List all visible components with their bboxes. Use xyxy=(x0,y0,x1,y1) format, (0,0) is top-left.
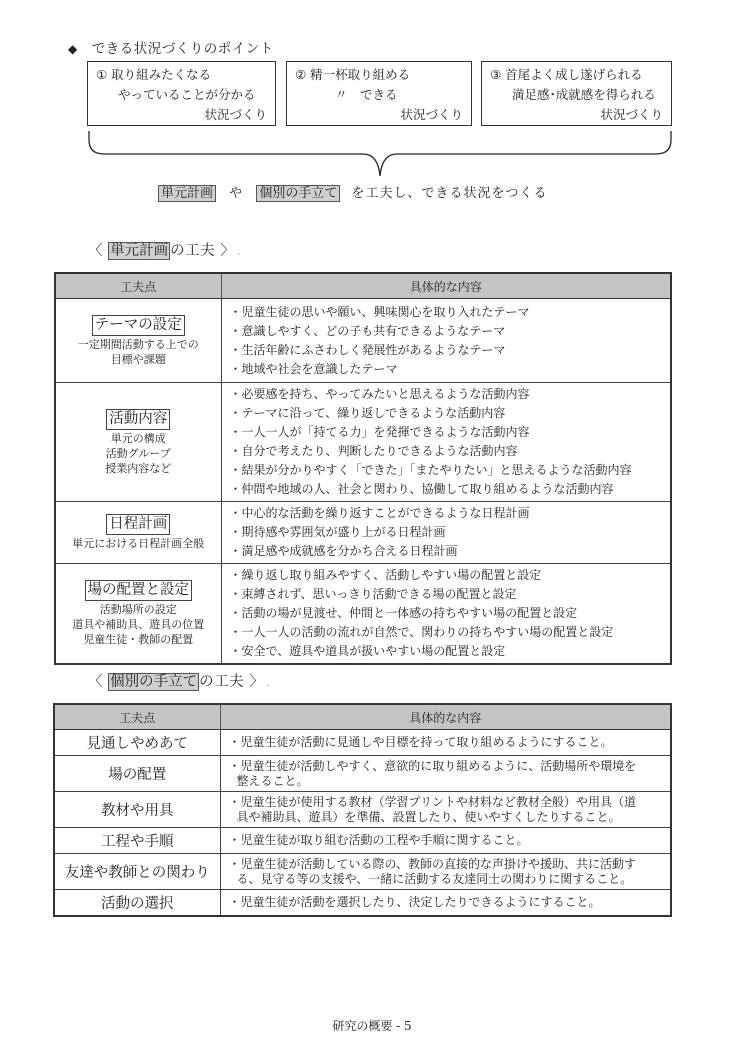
row-main-label: 日程計画 xyxy=(106,514,170,535)
content-item: ・満足感や成就感を分かち合える日程計画 xyxy=(230,542,671,561)
content-item: ・活動の場が見渡せ、仲間と一体感の持ちやすい場の配置と設定 xyxy=(230,604,671,623)
row-content-cell: ・児童生徒が活動を選択したり、決定したりできるようにすること。 xyxy=(220,890,671,916)
row-main-label: テーマの設定 xyxy=(92,315,185,336)
title-dot: . xyxy=(237,247,241,258)
point-3-line-3: 状況づくり xyxy=(490,105,663,125)
row-point-cell: 場の配置と設定 活動場所の設定 道具や補助具、遊具の位置 児童生徒・教師の配置 xyxy=(55,564,221,665)
content-line: ・児童生徒が使用する教材（学習プリントや材料など教材全般）や用具（道 xyxy=(229,795,637,809)
row-sub-label: 一定期間活動する上での xyxy=(78,338,199,351)
header-content: 具体的な内容 xyxy=(221,273,671,299)
diamond-bullet-icon: ◆ xyxy=(68,42,78,56)
row-point-cell: 見通しやめあて xyxy=(54,730,220,756)
section-1-title: 〈 単元計画の工夫 〉. xyxy=(88,239,241,260)
point-2-line-1: ② 精一杯取り組める xyxy=(295,65,463,85)
row-sub-label: 目標や課題 xyxy=(111,353,166,366)
title-bracket-open: 〈 xyxy=(88,243,108,259)
curly-brace-icon xyxy=(88,128,672,186)
point-1-line-2: やっていることが分かる xyxy=(96,85,267,105)
table-row: 場の配置 ・児童生徒が活動しやすく、意欲的に取り組めるように、活動場所や環境を整… xyxy=(54,756,671,792)
point-box-2: ② 精一杯取り組める 〃 できる 状況づくり xyxy=(286,61,472,126)
highlight-individual-measures: 個別の手立て xyxy=(256,185,340,202)
row-content-cell: ・児童生徒が活動している際の、教師の直接的な声掛けや援助、共に活動する、見守る等… xyxy=(220,854,671,890)
page-heading: ◆できる状況づくりのポイント xyxy=(68,37,274,57)
summary-connector: や xyxy=(229,186,243,201)
content-item: ・一人一人が「持てる力」を発揮できるような活動内容 xyxy=(230,423,671,442)
content-line: ・児童生徒が活動している際の、教師の直接的な声掛けや援助、共に活動す xyxy=(229,857,637,871)
content-item: ・繰り返し取り組みやすく、活動しやすい場の配置と設定 xyxy=(230,566,671,585)
row-main-label: 場の配置と設定 xyxy=(85,580,193,601)
point-box-3: ③ 首尾よく成し遂げられる 満足感･成就感を得られる 状況づくり xyxy=(481,61,672,126)
header-point: 工夫点 xyxy=(55,273,221,299)
point-3-line-1: ③ 首尾よく成し遂げられる xyxy=(490,65,663,85)
row-sub-label: 授業内容など xyxy=(105,462,171,475)
point-1-line-1: ① 取り組みたくなる xyxy=(96,65,267,85)
row-sub-label: 単元の構成 xyxy=(111,432,166,445)
content-item: ・結果が分かりやすく「できた」「またやりたい」と思えるような活動内容 xyxy=(230,461,671,480)
row-point-cell: 友達や教師との関わり xyxy=(54,854,220,890)
content-item: ・期待感や雰囲気が盛り上がる日程計画 xyxy=(230,523,671,542)
highlight-unit-plan: 単元計画 xyxy=(158,185,216,202)
point-2-line-2: 〃 できる xyxy=(295,85,463,105)
content-item: ・必要感を持ち、やってみたいと思えるような活動内容 xyxy=(230,385,671,404)
section-2-title-suffix: の工夫 〉 xyxy=(199,674,264,690)
header-content: 具体的な内容 xyxy=(220,704,671,730)
row-content-cell: ・必要感を持ち、やってみたいと思えるような活動内容 ・テーマに沿って、繰り返しで… xyxy=(221,383,671,502)
row-sub-label: 単元における日程計画全般 xyxy=(72,537,204,550)
content-line: 具や補助具、遊具）を準備、設置したり、使いやすくしたりすること。 xyxy=(229,810,665,825)
content-item: ・中心的な活動を繰り返すことができるような日程計画 xyxy=(230,504,671,523)
table-row: 日程計画 単元における日程計画全般 ・中心的な活動を繰り返すことができるような日… xyxy=(55,502,671,564)
content-line: ・児童生徒が活動を選択したり、決定したりできるようにすること。 xyxy=(229,895,601,909)
row-point-cell: 教材や用具 xyxy=(54,792,220,828)
table-row: テーマの設定 一定期間活動する上での 目標や課題 ・児童生徒の思いや願い、興味関… xyxy=(55,299,671,383)
row-sub-label: 活動場所の設定 xyxy=(100,603,177,616)
section-1-title-highlight: 単元計画 xyxy=(108,242,170,260)
row-point-cell: 日程計画 単元における日程計画全般 xyxy=(55,502,221,564)
row-content-cell: ・繰り返し取り組みやすく、活動しやすい場の配置と設定 ・束縛されず、思いっきり活… xyxy=(221,564,671,665)
content-item: ・意識しやすく、どの子も共有できるようなテーマ xyxy=(230,322,671,341)
row-main-label: 活動内容 xyxy=(106,409,170,430)
row-content-cell: ・児童生徒の思いや願い、興味関心を取り入れたテーマ ・意識しやすく、どの子も共有… xyxy=(221,299,671,383)
content-item: ・仲間や地域の人、社会と関わり、協働して取り組めるような活動内容 xyxy=(230,480,671,499)
point-box-1: ① 取り組みたくなる やっていることが分かる 状況づくり xyxy=(87,61,276,126)
row-sub-label: 児童生徒・教師の配置 xyxy=(83,633,193,646)
content-line: る、見守る等の支援や、一緒に活動する友達同士の関わりに関すること。 xyxy=(229,872,665,887)
table-row: 友達や教師との関わり ・児童生徒が活動している際の、教師の直接的な声掛けや援助、… xyxy=(54,854,671,890)
point-2-line-3: 状況づくり xyxy=(295,105,463,125)
table-row: 活動内容 単元の構成 活動グループ 授業内容など ・必要感を持ち、やってみたいと… xyxy=(55,383,671,502)
content-item: ・生活年齢にふさわしく発展性があるようなテーマ xyxy=(230,341,671,360)
row-point-cell: 工程や手順 xyxy=(54,828,220,854)
content-line: ・児童生徒が取り組む活動の工程や手順に関すること。 xyxy=(229,833,529,847)
row-point-cell: 活動内容 単元の構成 活動グループ 授業内容など xyxy=(55,383,221,502)
individual-measures-table: 工夫点 具体的な内容 見通しやめあて ・児童生徒が活動に見通しや目標を持って取り… xyxy=(53,703,672,917)
page-footer: 研究の概要 - 5 xyxy=(0,1017,744,1034)
content-item: ・児童生徒の思いや願い、興味関心を取り入れたテーマ xyxy=(230,303,671,322)
table-row: 見通しやめあて ・児童生徒が活動に見通しや目標を持って取り組めるようにすること。 xyxy=(54,730,671,756)
content-line: ・児童生徒が活動しやすく、意欲的に取り組めるように、活動場所や環境を xyxy=(229,759,637,773)
row-point-cell: 場の配置 xyxy=(54,756,220,792)
section-2-title: 〈 個別の手立ての工夫 〉. xyxy=(88,670,270,691)
table-row: 工程や手順 ・児童生徒が取り組む活動の工程や手順に関すること。 xyxy=(54,828,671,854)
unit-plan-table: 工夫点 具体的な内容 テーマの設定 一定期間活動する上での 目標や課題 ・児童生… xyxy=(54,272,672,665)
section-2-title-highlight: 個別の手立て xyxy=(108,673,199,691)
row-sub-label: 道具や補助具、遊具の位置 xyxy=(72,618,204,631)
table-header-row: 工夫点 具体的な内容 xyxy=(55,273,671,299)
title-bracket-open: 〈 xyxy=(88,674,108,690)
title-dot: . xyxy=(266,678,270,689)
summary-rest: を工夫し、できる状況をつくる xyxy=(351,186,547,201)
header-point: 工夫点 xyxy=(54,704,220,730)
content-item: ・地域や社会を意識したテーマ xyxy=(230,360,671,379)
point-3-line-2: 満足感･成就感を得られる xyxy=(490,85,663,105)
section-1-title-suffix: の工夫 〉 xyxy=(170,243,235,259)
summary-line: 単元計画 や 個別の手立て を工夫し、できる状況をつくる xyxy=(158,182,547,201)
content-line: ・児童生徒が活動に見通しや目標を持って取り組めるようにすること。 xyxy=(229,735,613,749)
table-row: 場の配置と設定 活動場所の設定 道具や補助具、遊具の位置 児童生徒・教師の配置 … xyxy=(55,564,671,665)
table-header-row: 工夫点 具体的な内容 xyxy=(54,704,671,730)
table-row: 活動の選択 ・児童生徒が活動を選択したり、決定したりできるようにすること。 xyxy=(54,890,671,916)
row-point-cell: 活動の選択 xyxy=(54,890,220,916)
content-line: 整えること。 xyxy=(229,774,665,789)
content-item: ・束縛されず、思いっきり活動できる場の配置と設定 xyxy=(230,585,671,604)
table-row: 教材や用具 ・児童生徒が使用する教材（学習プリントや材料など教材全般）や用具（道… xyxy=(54,792,671,828)
content-item: ・自分で考えたり、判断したりできるような活動内容 xyxy=(230,442,671,461)
row-content-cell: ・中心的な活動を繰り返すことができるような日程計画 ・期待感や雰囲気が盛り上がる… xyxy=(221,502,671,564)
row-sub-label: 活動グループ xyxy=(106,447,171,460)
row-content-cell: ・児童生徒が活動しやすく、意欲的に取り組めるように、活動場所や環境を整えること。 xyxy=(220,756,671,792)
heading-text: できる状況づくりのポイント xyxy=(92,41,274,57)
row-point-cell: テーマの設定 一定期間活動する上での 目標や課題 xyxy=(55,299,221,383)
content-item: ・安全で、遊具や道具が扱いやすい場の配置と設定 xyxy=(230,642,671,661)
content-item: ・一人一人の活動の流れが自然で、関わりの持ちやすい場の配置と設定 xyxy=(230,623,671,642)
row-content-cell: ・児童生徒が取り組む活動の工程や手順に関すること。 xyxy=(220,828,671,854)
point-1-line-3: 状況づくり xyxy=(96,105,267,125)
row-content-cell: ・児童生徒が活動に見通しや目標を持って取り組めるようにすること。 xyxy=(220,730,671,756)
content-item: ・テーマに沿って、繰り返しできるような活動内容 xyxy=(230,404,671,423)
row-content-cell: ・児童生徒が使用する教材（学習プリントや材料など教材全般）や用具（道具や補助具、… xyxy=(220,792,671,828)
